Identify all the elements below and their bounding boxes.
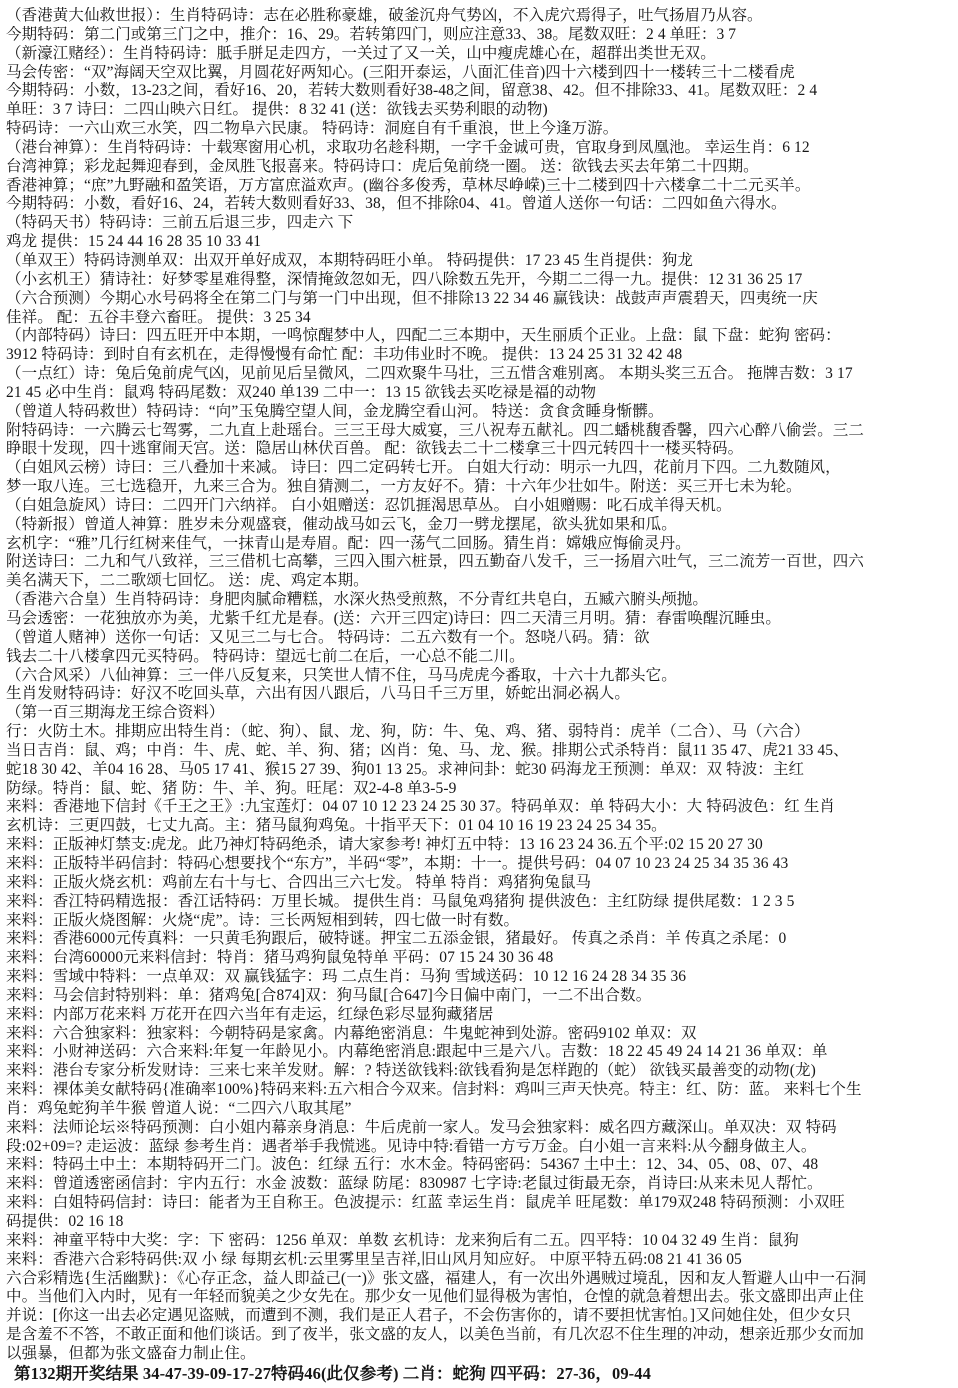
text-line: 来料：六合独家料：独家料：今朝特码是家禽。内幕绝密消息：牛鬼蛇神到处游。密码91… <box>6 1025 954 1044</box>
text-line: 玄机字：“雅”几行红树来佳气，一抹青山是寿眉。配：四一荡气二回肠。猜生肖：嫦娥应… <box>6 535 954 554</box>
text-line: 来料：香江特码精选报：香江话特码：万里长城。 提供生肖：马鼠兔鸡猪狗 提供波色：… <box>6 893 954 912</box>
text-line: 来料：法师论坛※特码预测：白小姐内幕亲身消息：牛后虎前一家人。发马会独家料：威名… <box>6 1119 954 1138</box>
text-line: 美名满天下，二二歌颂七回忆。 送：虎、鸡定本期。 <box>6 572 954 591</box>
text-line: 码提供：02 16 18 <box>6 1213 954 1232</box>
text-line: （香港六合皇）生肖特码诗：身肥肉腻命糟糕，水深火热受煎熬，不分青红共皂白，五臧六… <box>6 591 954 610</box>
text-line: 是含羞不不答，不敢正面和他们谈话。到了夜半，张文盛的友人，以美色当前，有几次忍不… <box>6 1326 954 1345</box>
text-line: 肖：鸡兔蛇狗羊牛猴 曾道人说：“二四六八取其尾” <box>6 1100 954 1119</box>
text-line: 鸡龙 提供：15 24 44 16 28 35 10 33 41 <box>6 233 954 252</box>
text-line: （内部特码）诗曰：四五旺开中本期，一鸣惊醒梦中人，四配二三本期中，天生丽质个正业… <box>6 327 954 346</box>
text-line: 今期特码：小数，看好16、24，若转大数则看好33、38，但不排除04、41。曾… <box>6 195 954 214</box>
text-line: 今期特码：第二门或第三门之中，推介：16、29。若转第四门，则应注意33、38。… <box>6 26 954 45</box>
text-line: 3912 特码诗：到时自有玄机在，走得慢慢有命忙 配：丰功伟业时不晚。 提供：1… <box>6 346 954 365</box>
text-line: 当日吉肖：鼠、鸡；中肖：牛、虎、蛇、羊、狗、猪；凶肖：兔、马、龙、猴。排期公式杀… <box>6 742 954 761</box>
text-line: （特新报）曾道人神算：胜岁未分观盛衰，催动战马如云飞，金刀一劈龙摆尾，欲头犹如果… <box>6 516 954 535</box>
text-line: 21 45 必中生肖：鼠鸡 特码尾数：双240 单139 二中一：13 15 欲… <box>6 384 954 403</box>
text-line: 来料：白姐特码信封：诗曰：能者为王自称王。色波提示：红蓝 幸运生肖：鼠虎羊 旺尾… <box>6 1194 954 1213</box>
text-line: 蛇18 30 42、羊04 16 28、马05 17 41、猴15 27 39、… <box>6 761 954 780</box>
text-line: 马会透密：一花独放亦为美，尤紫千红尤是春。(送：六开三四定)诗曰：四二天清三月明… <box>6 610 954 629</box>
text-line: （特码天书）特码诗：三前五后退三步，四走六 下 <box>6 214 954 233</box>
text-line: 来料：雪域中特料：一点单双：双 赢钱猛字：玛 二点生肖：马狗 雪域送码：10 1… <box>6 968 954 987</box>
text-line: 来料：内部万花来料 万花开在四六当年有走运，红绿色彩尽显狗藏猪居 <box>6 1006 954 1025</box>
text-line: 来料：香港地下信封《千王之王》:九宝莲灯：04 07 10 12 23 24 2… <box>6 798 954 817</box>
text-line: （六合风采）八仙神算：三一伴八反复来，只笑世人情不住，马马虎虎今番取，十六十九都… <box>6 667 954 686</box>
text-line: （单双王）特码诗测单双：出双开单好成双，本期特码旺小单。 特码提供：17 23 … <box>6 252 954 271</box>
text-line: 生肖发财特码诗：好汉不吃回头草，六出有因八跟后，八马日千三万里，娇蛇出洞必祸人。 <box>6 685 954 704</box>
text-line: 来料：特码土中土：本期特码开二门。波色：红绿 五行：水木金。特码密码：54367… <box>6 1156 954 1175</box>
text-line: （曾道人赌神）送你一句话：又见三二与七合。 特码诗：二五六数有一个。怒哓八码。猜… <box>6 629 954 648</box>
text-line: （港台神算）：生肖特码诗：十载寒窗用心机，求取功名趁科期，一字千金诚可贵，官取身… <box>6 139 954 158</box>
text-line: 来料：曾道透密函信封：宇内五行：水金 波数：蓝绿 防尾：830987 七字诗:老… <box>6 1175 954 1194</box>
text-line: 来料：小财神送码：六合来料:年复一年龄见小。内幕绝密消息:跟起中三是六八。吉数：… <box>6 1043 954 1062</box>
text-line: 来料：正版火烧玄机：鸡前左右十与七、合四出三六七发。 特单 特肖：鸡猪狗兔鼠马 <box>6 874 954 893</box>
text-line: （一点红）诗：兔后兔前虎气凶，见前见后呈微风，二四欢聚牛马壮，三五惜含难别离。 … <box>6 365 954 384</box>
text-line: （新濠江赌经）：生肖特码诗：胝手胼足走四方，一关过了又一关，山中瘦虎雄心在，超群… <box>6 45 954 64</box>
text-line: 来料：香港6000元传真料：一只黄毛狗跟后，破特谜。押宝二五添金银，猪最好。 传… <box>6 930 954 949</box>
text-line: 来料：台湾60000元来料信封：特肖：猪马鸡狗鼠兔特单 平码：07 15 24 … <box>6 949 954 968</box>
text-line: 并说：[你这一出去必定遇见盗贼，而遭到不测，我们是正人君子，不会伤害你的，请不要… <box>6 1307 954 1326</box>
text-line: （第一百三期海龙王综合资料） <box>6 704 954 723</box>
text-line: 台湾神算；彩龙起舞迎春到，金凤胜飞报喜来。特码诗口：虎后兔前绕一圈。 送：欲钱去… <box>6 158 954 177</box>
text-line: 玄机诗：三更四鼓，七丈九高。主：猪马鼠狗鸡兔。十指平天下：01 04 10 16… <box>6 817 954 836</box>
text-line: 特码诗：一六山欢三水笑，四二物阜六民康。 特码诗：洞庭自有千重浪，世上今逢万游。 <box>6 120 954 139</box>
text-line: （曾道人特码救世）特码诗：“向”玉兔腾空望人间，金龙腾空看山河。 特送：贪食贪睡… <box>6 403 954 422</box>
text-line: 今期特码：小数，13-23之间，看好16、20，若转大数则看好38-48之间，留… <box>6 82 954 101</box>
text-line: 来料：香港六合彩特码供:双 小 绿 每期玄机:云里雾里呈吉祥,旧山风月知应好。 … <box>6 1251 954 1270</box>
text-line: 香港神算；“庶”九野融和盈笑语，万方富庶溢欢声。(幽谷多俊秀，草林尽峥嵘)三十二… <box>6 177 954 196</box>
text-line: （六合预测）今期心水号码将全在第二门与第一门中出现，但不排除13 22 34 4… <box>6 290 954 309</box>
text-line: 来料：神童平特中大奖：字：下 密码：1256 单双：单数 玄机诗：龙来狗后有二五… <box>6 1232 954 1251</box>
text-line: 段:02+09=? 走运波：蓝绿 参考生肖：遇者举手我慌逃。见诗中特:看错一方亏… <box>6 1138 954 1157</box>
text-line: 来料：正版神灯禁支:虎龙。此乃神灯特码绝杀，请大家参考! 神灯五中特：13 16… <box>6 836 954 855</box>
text-line: （香港黄大仙救世报）：生肖特码诗：志在必胜称豪雄，破釜沉舟气势凶，不入虎穴焉得子… <box>6 7 954 26</box>
text-line: 行：火防土木。排期应出特生肖：（蛇、狗）、鼠、龙、狗，防：牛、兔、鸡、猪、弱特肖… <box>6 723 954 742</box>
text-line: 附送诗曰：二九和气八致祥，三三借机七高攀，三四入围六桩景，四五勤奋八发千，三一扬… <box>6 553 954 572</box>
text-line: 来料：裸体美女献特码{准确率100%}特码来料:五六相合今双来。信封料：鸡叫三声… <box>6 1081 954 1100</box>
text-line: 马会传密：“双”海阔天空双比翼，月圆花好两知心。(三阳开泰运，八面汇佳音)四十六… <box>6 64 954 83</box>
text-line: 梦一取八连。三七选稳开，九来三合为。独自猜测二，一方友好不。猜：十六年少壮如牛。… <box>6 478 954 497</box>
text-line: 第132期开奖结果 34-47-39-09-17-27特码46(此仅参考) 二肖… <box>6 1364 954 1384</box>
text-line: 佳祥。 配：五谷丰登六畜旺。 提供：3 25 34 <box>6 309 954 328</box>
document-body: （香港黄大仙救世报）：生肖特码诗：志在必胜称豪雄，破釜沉舟气势凶，不入虎穴焉得子… <box>6 7 954 1384</box>
text-line: 防绿。特肖：鼠、蛇、猪 防：牛、羊、狗。旺尾：双2-4-8 单3-5-9 <box>6 780 954 799</box>
text-line: 来料：马会信封特别料：单：猪鸡兔[合874]双：狗马鼠[合647]今日偏中南门，… <box>6 987 954 1006</box>
tip-sheet-document: （香港黄大仙救世报）：生肖特码诗：志在必胜称豪雄，破釜沉舟气势凶，不入虎穴焉得子… <box>0 0 958 1388</box>
text-line: 钱去二十八楼拿四元买特码。 特码诗：望远七前二在后，一心总不能二川。 <box>6 648 954 667</box>
text-line: 来料：正版特半码信封：特码心想要找个“东方”，半码“零”，本期：十一。提供号码：… <box>6 855 954 874</box>
text-line: 来料：港台专家分析发财诗：三来七来羊发财。解：? 特送欲钱料:欲钱看狗是怎样跑的… <box>6 1062 954 1081</box>
text-line: 以强暴，但都为张文盛奋力制止住。 <box>6 1345 954 1364</box>
text-line: 中。当他们入内时，见有一年轻而貌美之少女先在。那少女一见他们显得极为害怕，仓惶的… <box>6 1288 954 1307</box>
text-line: 睁眼十发现，四十逃窜闹天宫。送：隐居山林伏百兽。 配：欲钱去二十二楼拿三十四元转… <box>6 440 954 459</box>
text-line: 六合彩精选{生活幽默}：《心存正念，益人即益己(一)》张文盛，福建人，有一次出外… <box>6 1270 954 1289</box>
text-line: （小玄机王）猜诗社：好梦零星难得整，深情掩敛忽如无，四八除数五先开，今期二二得一… <box>6 271 954 290</box>
text-line: （白姐急旋风）诗曰：二四开门六纳祥。 白小姐赠送：忍饥捱渴思草丛。 白小姐赠赐：… <box>6 497 954 516</box>
text-line: （白姐风云榜）诗曰：三八叠加十来减。 诗曰：四二定码转七开。 白姐大行动：明示一… <box>6 459 954 478</box>
text-line: 来料：正版火烧图解：火烧“虎”。诗：三长两短相到转，四七做一时有数。 <box>6 912 954 931</box>
text-line: 附特码诗：一六腾云七驾雾，二九直上赴瑶台。三三王母大威宴，三八祝寿五献礼。四二蟠… <box>6 422 954 441</box>
text-line: 单旺：3 7 诗曰：二四山映六日红。 提供：8 32 41 (送：欲钱去买势利眼… <box>6 101 954 120</box>
